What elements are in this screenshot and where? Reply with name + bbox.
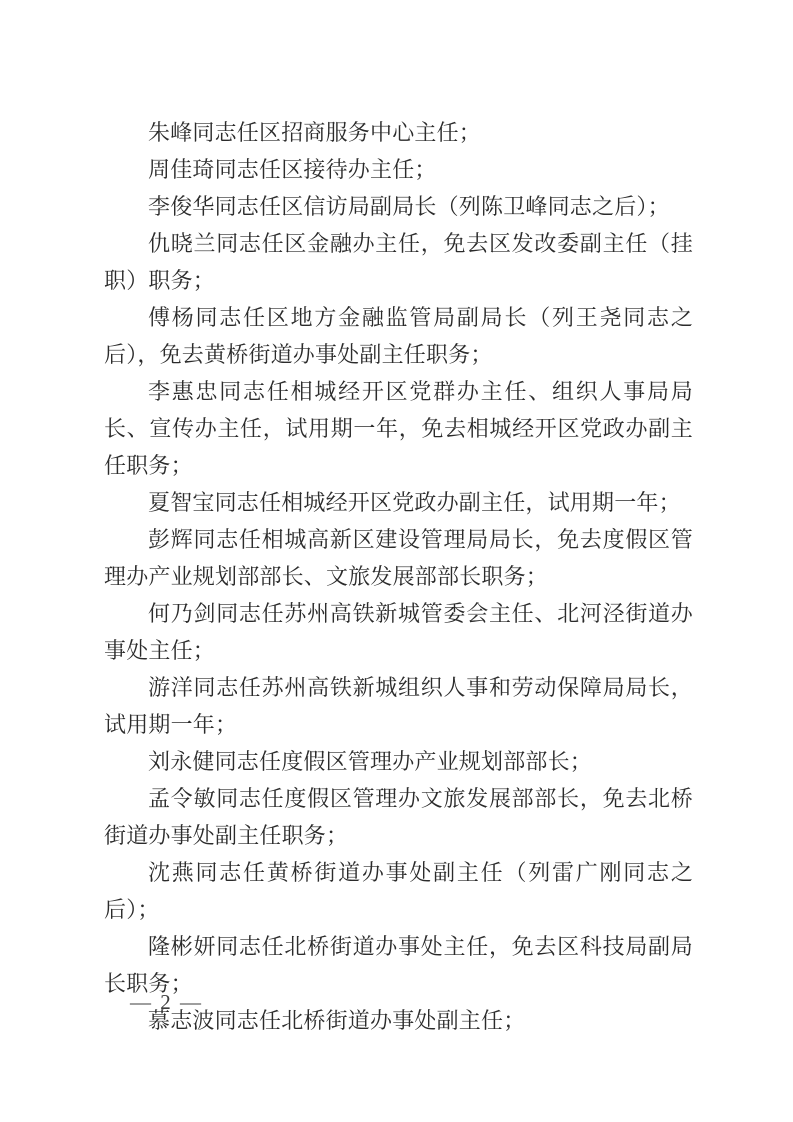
appointment-paragraph: 沈燕同志任黄桥街道办事处副主任（列雷广刚同志之后）；	[104, 854, 693, 928]
appointment-paragraph: 孟令敏同志任度假区管理办文旅发展部部长，免去北桥街道办事处副主任职务；	[104, 780, 693, 854]
appointment-paragraph: 李惠忠同志任相城经开区党群办主任、组织人事局局长、宣传办主任，试用期一年，免去相…	[104, 373, 693, 484]
appointment-paragraph: 周佳琦同志任区接待办主任；	[104, 151, 693, 188]
appointment-paragraph: 仇晓兰同志任区金融办主任，免去区发改委副主任（挂职）职务；	[104, 225, 693, 299]
appointment-paragraph: 李俊华同志任区信访局副局长（列陈卫峰同志之后）；	[104, 188, 693, 225]
document-page: 朱峰同志任区招商服务中心主任；周佳琦同志任区接待办主任；李俊华同志任区信访局副局…	[0, 0, 793, 1122]
appointment-paragraph: 游洋同志任苏州高铁新城组织人事和劳动保障局局长，试用期一年；	[104, 669, 693, 743]
appointment-paragraph: 何乃剑同志任苏州高铁新城管委会主任、北河泾街道办事处主任；	[104, 595, 693, 669]
document-body: 朱峰同志任区招商服务中心主任；周佳琦同志任区接待办主任；李俊华同志任区信访局副局…	[104, 114, 693, 1039]
appointment-paragraph: 刘永健同志任度假区管理办产业规划部部长；	[104, 743, 693, 780]
appointment-paragraph: 夏智宝同志任相城经开区党政办副主任，试用期一年；	[104, 484, 693, 521]
appointment-paragraph: 傅杨同志任区地方金融监管局副局长（列王尧同志之后），免去黄桥街道办事处副主任职务…	[104, 299, 693, 373]
appointment-paragraph: 彭辉同志任相城高新区建设管理局局长，免去度假区管理办产业规划部部长、文旅发展部部…	[104, 521, 693, 595]
page-number: — 2 —	[130, 988, 203, 1016]
appointment-paragraph: 朱峰同志任区招商服务中心主任；	[104, 114, 693, 151]
